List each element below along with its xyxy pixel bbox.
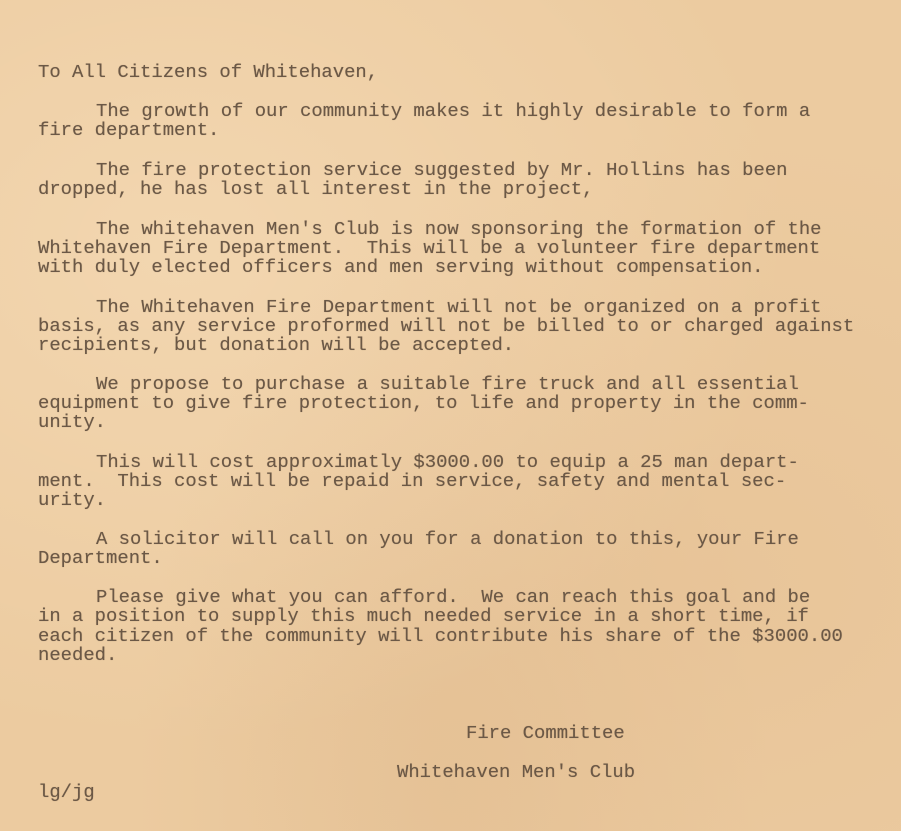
paragraph-8-line-4: needed. <box>38 645 117 665</box>
reference-initials: lg/jg <box>38 782 95 802</box>
paragraph-3-line-3: with duly elected officers and men servi… <box>38 257 764 277</box>
paragraph-1-line-1: The growth of our community makes it hig… <box>96 101 810 121</box>
paragraph-3-line-2: Whitehaven Fire Department. This will be… <box>38 238 820 258</box>
paragraph-3-line-1: The whitehaven Men's Club is now sponsor… <box>96 219 822 239</box>
signature-committee: Fire Committee <box>466 723 625 743</box>
paragraph-8-line-2: in a position to supply this much needed… <box>38 606 809 626</box>
paragraph-7-line-1: A solicitor will call on you for a donat… <box>96 529 799 549</box>
salutation: To All Citizens of Whitehaven, <box>38 62 378 82</box>
paragraph-8-line-3: each citizen of the community will contr… <box>38 626 843 646</box>
paragraph-4-line-1: The Whitehaven Fire Department will not … <box>96 297 822 317</box>
paragraph-5-line-3: unity. <box>38 412 106 432</box>
paragraph-4-line-2: basis, as any service proformed will not… <box>38 316 854 336</box>
paragraph-2-line-1: The fire protection service suggested by… <box>96 160 788 180</box>
paragraph-6-line-2: ment. This cost will be repaid in servic… <box>38 471 786 491</box>
paragraph-6-line-3: urity. <box>38 490 106 510</box>
paragraph-8-line-1: Please give what you can afford. We can … <box>96 587 810 607</box>
paragraph-6-line-1: This will cost approximatly $3000.00 to … <box>96 452 799 472</box>
paragraph-4-line-3: recipients, but donation will be accepte… <box>38 335 514 355</box>
paragraph-5-line-2: equipment to give fire protection, to li… <box>38 393 809 413</box>
paragraph-5-line-1: We propose to purchase a suitable fire t… <box>96 374 799 394</box>
paragraph-2-line-2: dropped, he has lost all interest in the… <box>38 179 593 199</box>
paragraph-1-line-2: fire department. <box>38 120 219 140</box>
typewritten-letter: To All Citizens of Whitehaven, The growt… <box>0 0 901 831</box>
signature-organization: Whitehaven Men's Club <box>397 762 635 782</box>
paragraph-7-line-2: Department. <box>38 548 163 568</box>
